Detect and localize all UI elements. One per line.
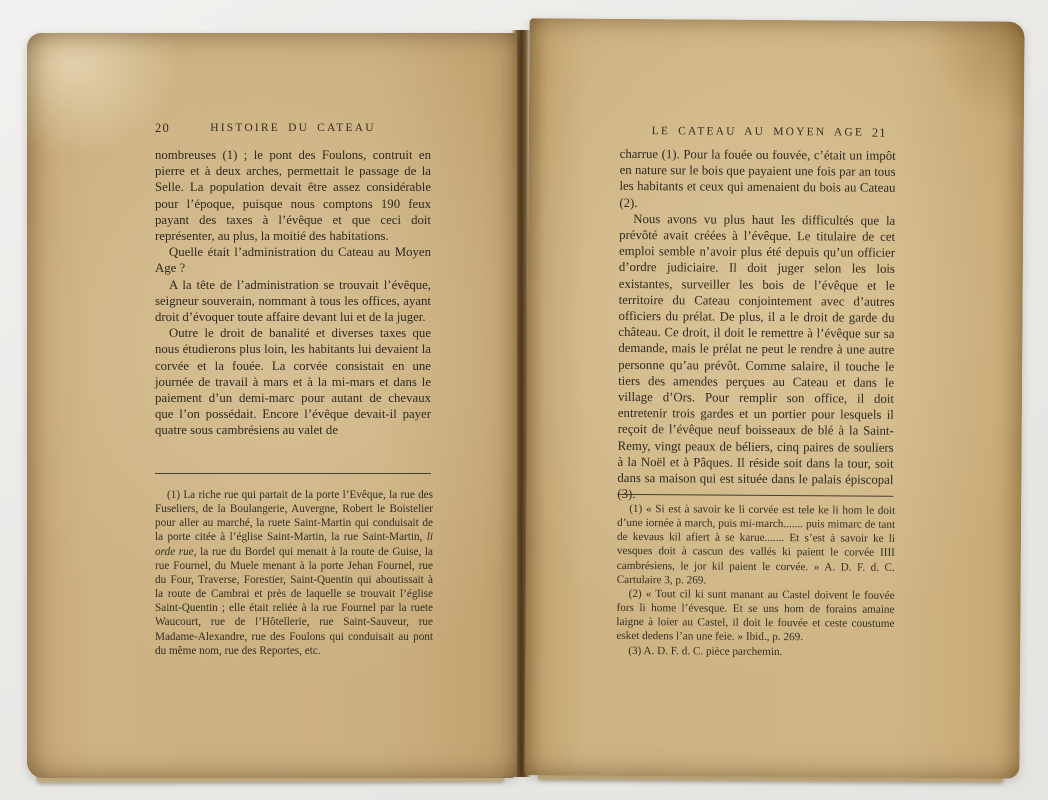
footnote-text: (1) La riche rue qui partait de la porte… <box>155 489 433 543</box>
body-paragraph: charrue (1). Pour la fouée ou fouvée, c’… <box>619 146 895 213</box>
footnote: (1) La riche rue qui partait de la porte… <box>155 488 433 658</box>
right-footnotes: (1) « Si est à savoir ke li corvée est t… <box>616 502 895 660</box>
left-page: 20 HISTOIRE DU CATEAU nombreuses (1) ; l… <box>27 33 517 778</box>
left-body-text: nombreuses (1) ; le pont des Foulons, co… <box>155 147 431 439</box>
footnote: (3) A. D. F. d. C. pièce parchemin. <box>616 643 894 659</box>
body-paragraph: Quelle était l’administration du Cateau … <box>155 244 431 276</box>
footnote: (1) « Si est à savoir ke li corvée est t… <box>617 502 896 589</box>
footnote-rule <box>155 473 431 474</box>
footnote: (2) « Tout cil ki sunt manant au Castel … <box>616 587 894 646</box>
body-paragraph: A la tête de l’administration se trouvai… <box>155 277 431 326</box>
left-running-title: HISTOIRE DU CATEAU <box>155 122 431 134</box>
book-scan-backdrop: 20 HISTOIRE DU CATEAU nombreuses (1) ; l… <box>0 0 1048 800</box>
right-running-title: LE CATEAU AU MOYEN AGE <box>620 125 896 139</box>
left-footnotes: (1) La riche rue qui partait de la porte… <box>155 488 433 658</box>
right-page: LE CATEAU AU MOYEN AGE 21 charrue (1). P… <box>524 18 1024 778</box>
footnote-text: la rue du Bordel qui menait à la route d… <box>155 546 433 657</box>
body-paragraph: nombreuses (1) ; le pont des Foulons, co… <box>155 147 431 244</box>
right-body-text: charrue (1). Pour la fouée ou fouvée, c’… <box>617 146 895 504</box>
body-paragraph: Nous avons vu plus haut les difficultés … <box>617 211 895 505</box>
right-page-number: 21 <box>872 126 887 141</box>
body-paragraph: Outre le droit de banalité et diverses t… <box>155 325 431 438</box>
